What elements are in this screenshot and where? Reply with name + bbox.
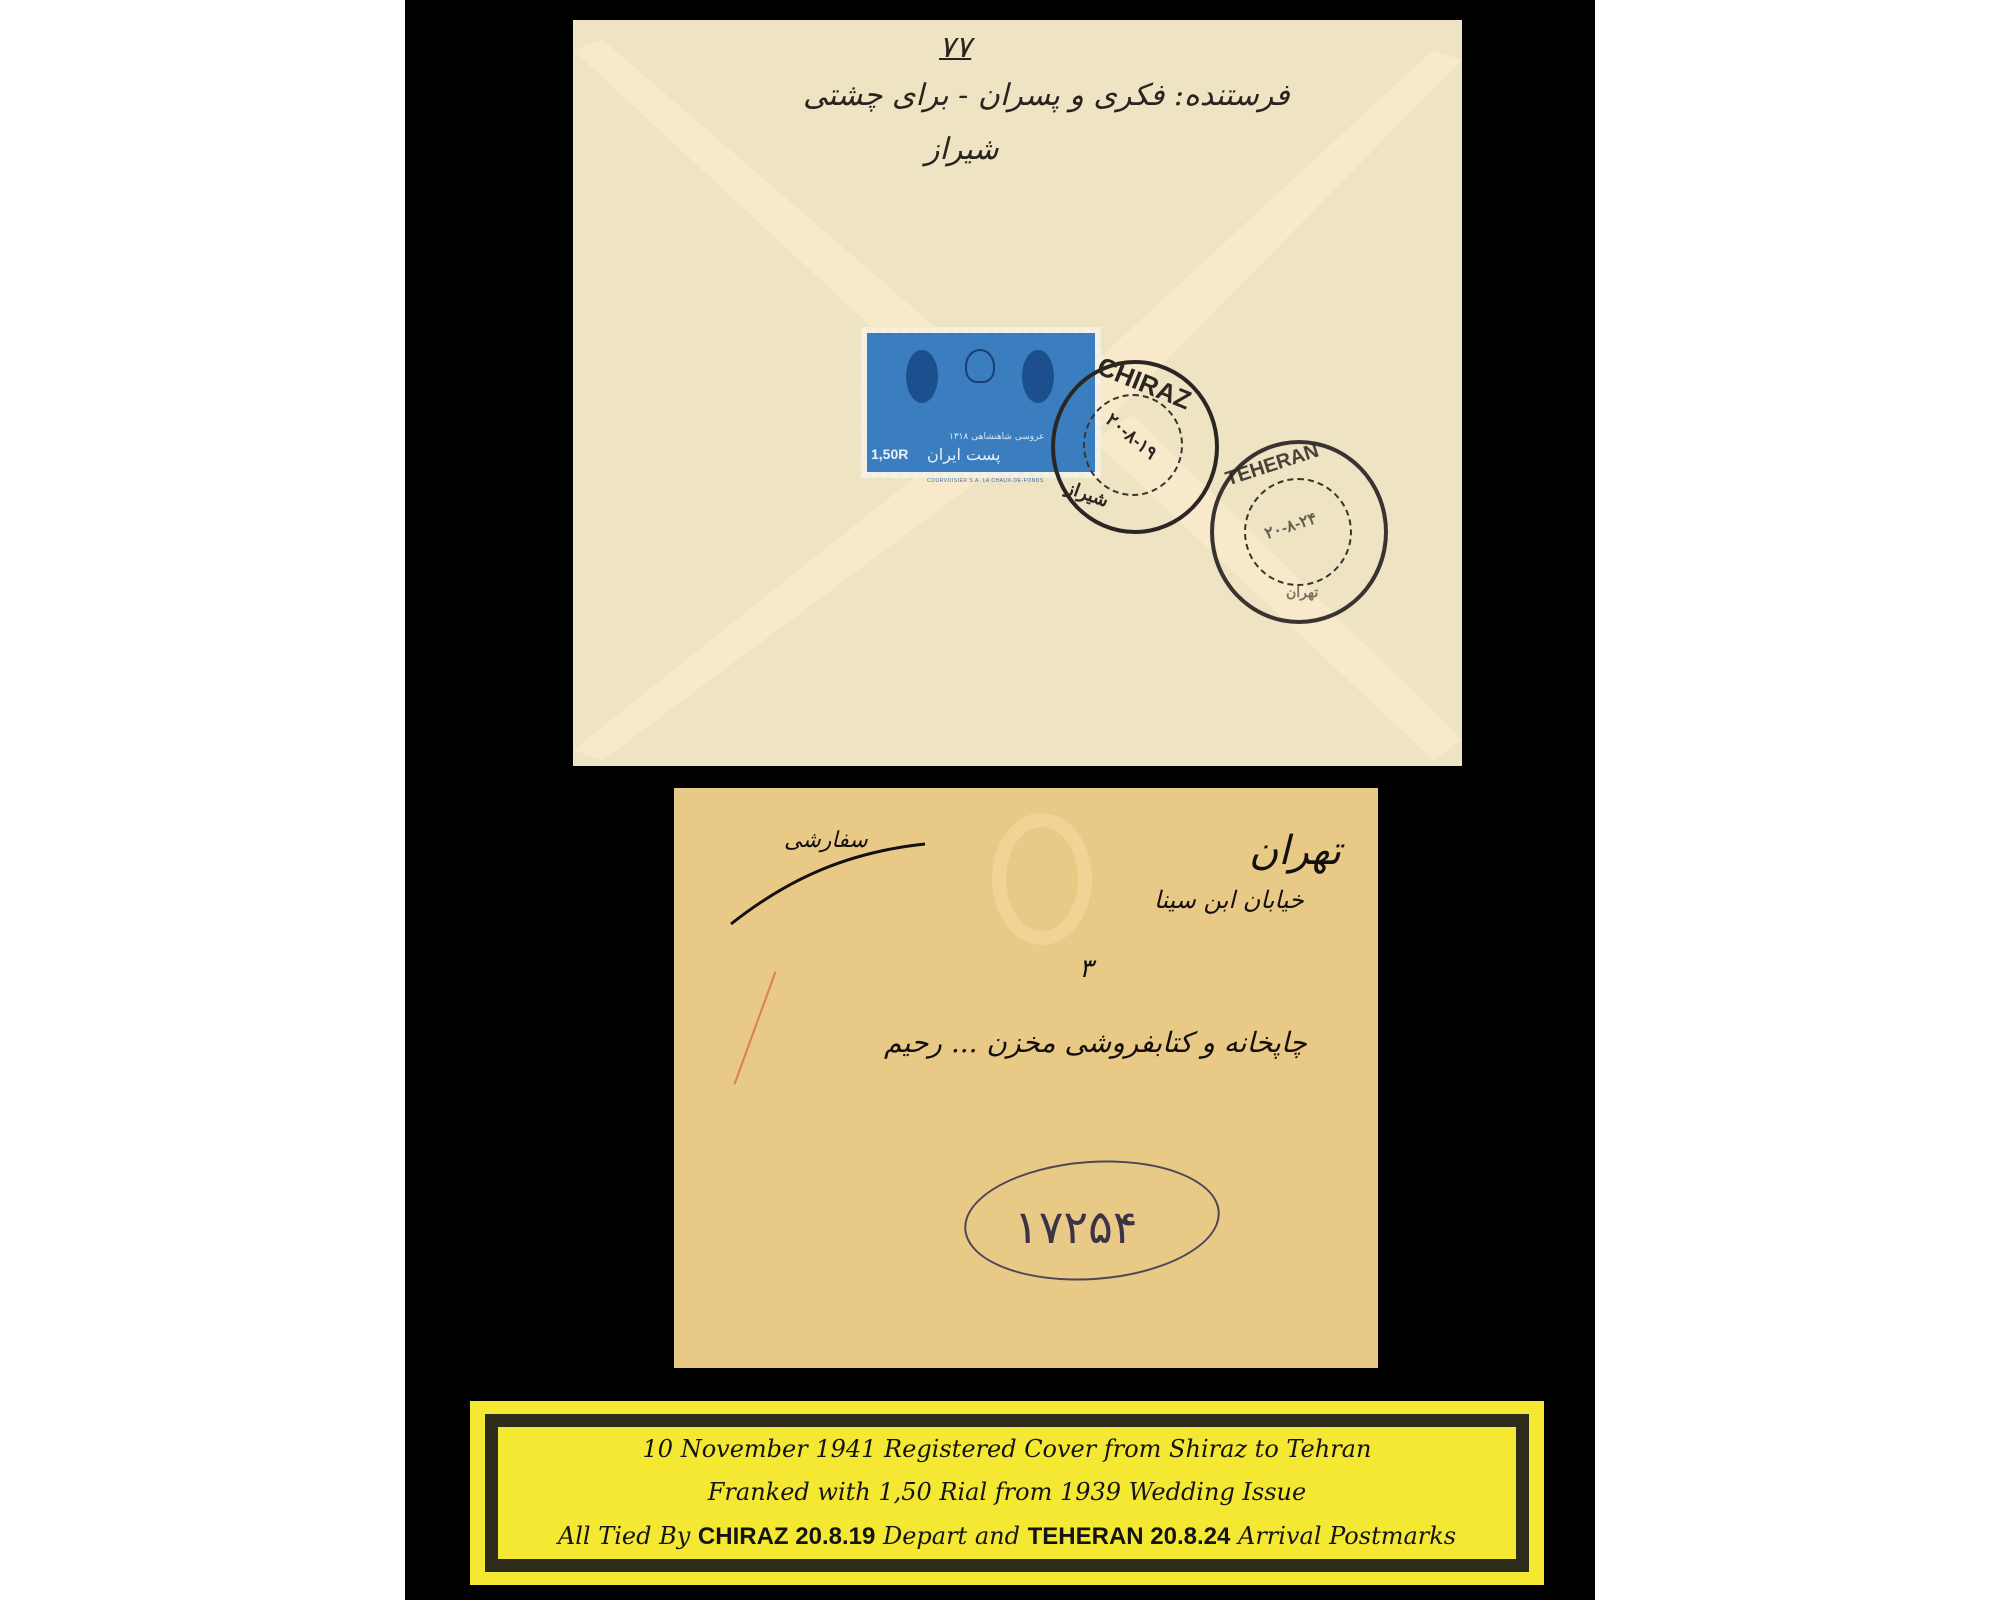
depart-postmark: CHIRAZ ۲۰-۸-۱۹ شیراز — [1051, 360, 1219, 534]
caption-depart-postmark: CHIRAZ 20.8.19 — [698, 1523, 875, 1550]
house-number: ۳ — [1079, 954, 1093, 984]
handwritten-sender: فرستنده: فکری و پسران - برای چشتی — [803, 78, 1290, 113]
underline-stroke — [729, 838, 929, 928]
stamp-subtitle: عروسی شاهنشاهی ۱۳۱۸ — [949, 432, 1045, 442]
caption-line-1: 10 November 1941 Registered Cover from S… — [643, 1435, 1372, 1463]
registration-number: ۱۷۲۵۴ — [1014, 1200, 1138, 1254]
envelope-back-side: ۷۷ فرستنده: فکری و پسران - برای چشتی شیر… — [573, 20, 1462, 766]
caption-depart-word: Depart and — [883, 1522, 1020, 1550]
caption-suffix: Arrival Postmarks — [1238, 1522, 1456, 1550]
caption-line-3: All Tied By CHIRAZ 20.8.19 Depart and TE… — [558, 1522, 1456, 1551]
caption-arrival-postmark: TEHERAN 20.8.24 — [1028, 1523, 1231, 1550]
arrival-postmark: TEHERAN ۲۰-۸-۲۴ تهران — [1210, 440, 1388, 624]
stamp-portrait-princess — [885, 350, 959, 438]
recipient-name: چاپخانه و کتابفروشی مخزن ... رحیم — [884, 1026, 1307, 1059]
stamp-printer-imprint: COURVOISIER S.A. LA CHAUX-DE-FONDS — [927, 478, 1044, 484]
caption-prefix: All Tied By — [558, 1522, 690, 1550]
caption-label: 10 November 1941 Registered Cover from S… — [470, 1401, 1544, 1585]
handwritten-sender-city: شیراز — [925, 132, 999, 167]
handwritten-number: ۷۷ — [939, 30, 971, 65]
crown-emblem-icon — [965, 349, 995, 383]
destination-street: خیابان ابن سینا — [1154, 886, 1304, 914]
stamp-country: پست ایران — [927, 445, 1000, 464]
stamp-value: 1,50R — [871, 446, 908, 462]
caption-line-2: Franked with 1,50 Rial from 1939 Wedding… — [708, 1478, 1306, 1506]
destination-city: تهران — [1249, 828, 1341, 874]
postmark-town-persian: تهران — [1286, 584, 1318, 601]
red-pencil-mark — [734, 971, 777, 1084]
envelope-front-side: سفارشی تهران خیابان ابن سینا ۳ چاپخانه و… — [674, 788, 1378, 1368]
oval-watermark — [992, 813, 1092, 945]
